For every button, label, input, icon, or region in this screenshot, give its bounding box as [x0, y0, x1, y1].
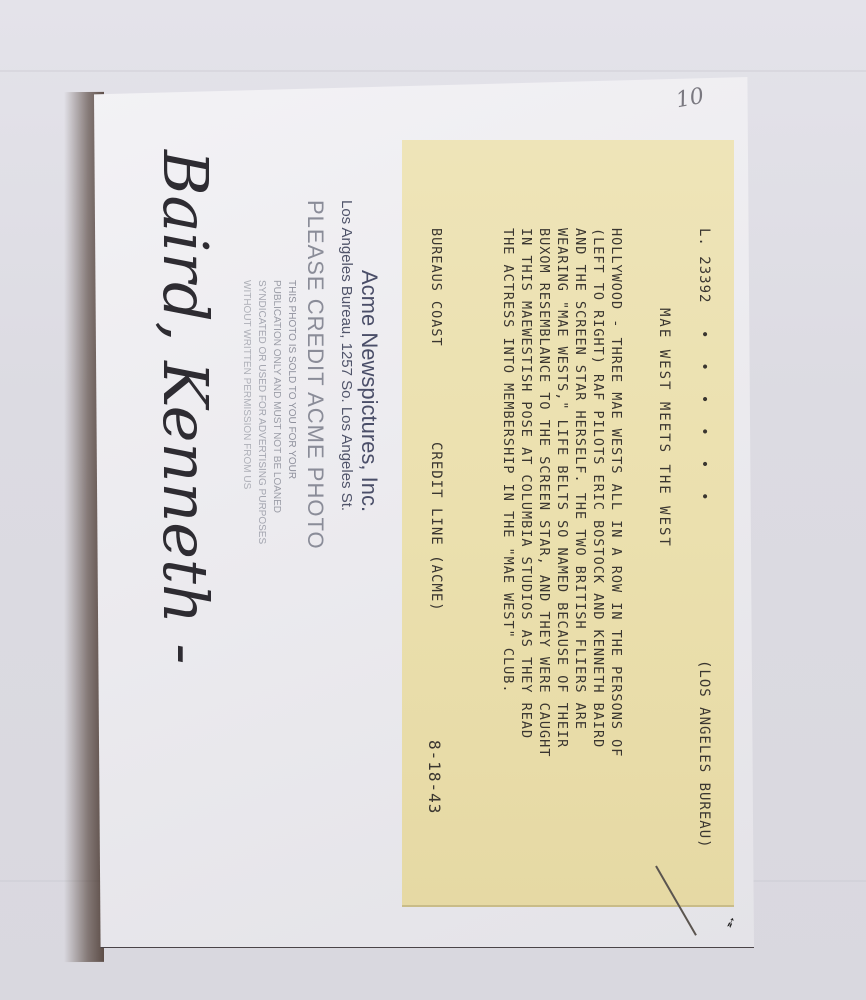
caption-body-line: HOLLYWOOD - THREE MAE WESTS ALL IN A ROW… [608, 228, 624, 757]
stamp-company: Acme Newspictures, Inc. [356, 270, 382, 512]
stamp-address: Los Angeles Bureau, 1257 So. Los Angeles… [338, 200, 355, 511]
caption-slip: L. 23392 •••••• (LOS ANGELES BUREAU) MAE… [402, 140, 734, 905]
agency-stamp-text: Acme Newspictures, Inc. Los Angeles Bure… [230, 200, 400, 620]
caption-credit-line: CREDIT LINE (ACME) [428, 442, 444, 612]
caption-footer-left: BUREAUS COAST [428, 228, 444, 347]
caption-reference: L. 23392 [696, 228, 712, 303]
caption-date: 8-18-43 [425, 740, 444, 814]
caption-dot-leader: •••••• [696, 330, 712, 525]
pencil-page-number: 10 [674, 84, 706, 113]
stamp-notice-line: PUBLICATION ONLY AND MUST NOT BE LOANED [271, 280, 282, 513]
stamp-notice-line: WITHOUT WRITTEN PERMISSION FROM US [241, 280, 252, 489]
caption-body-line: (LEFT TO RIGHT) RAF PILOTS ERIC BOSTOCK … [590, 228, 606, 748]
caption-body-line: THE ACTRESS INTO MEMBERSHIP IN THE "MAE … [500, 228, 516, 694]
handwritten-signature: Baird, Kenneth - [100, 150, 240, 690]
stamp-credit: PLEASE CREDIT ACME PHOTO [302, 200, 328, 550]
agency-stamp: Acme Newspictures, Inc. Los Angeles Bure… [230, 200, 400, 620]
stamp-notice-line: THIS PHOTO IS SOLD TO YOU FOR YOUR [286, 280, 297, 479]
caption-body-line: AND THE SCREEN STAR HERSELF. THE TWO BRI… [572, 228, 588, 730]
caption-headline: MAE WEST MEETS THE WEST [656, 308, 672, 548]
caption-bureau: (LOS ANGELES BUREAU) [696, 660, 712, 849]
caption-body-line: WEARING "MAE WESTS," LIFE BELTS SO NAMED… [554, 228, 570, 748]
caption-text: L. 23392 •••••• (LOS ANGELES BUREAU) MAE… [402, 140, 734, 905]
caption-body-line: BUXOM RESEMBLANCE TO THE SCREEN STAR, AN… [536, 228, 552, 757]
caption-body-line: IN THIS MAEWESTISH POSE AT COLUMBIA STUD… [518, 228, 534, 739]
background-fold [0, 70, 866, 72]
stamp-notice-line: SYNDICATED OR USED FOR ADVERTISING PURPO… [256, 280, 267, 544]
signature-text: Baird, Kenneth - [82, 150, 240, 690]
